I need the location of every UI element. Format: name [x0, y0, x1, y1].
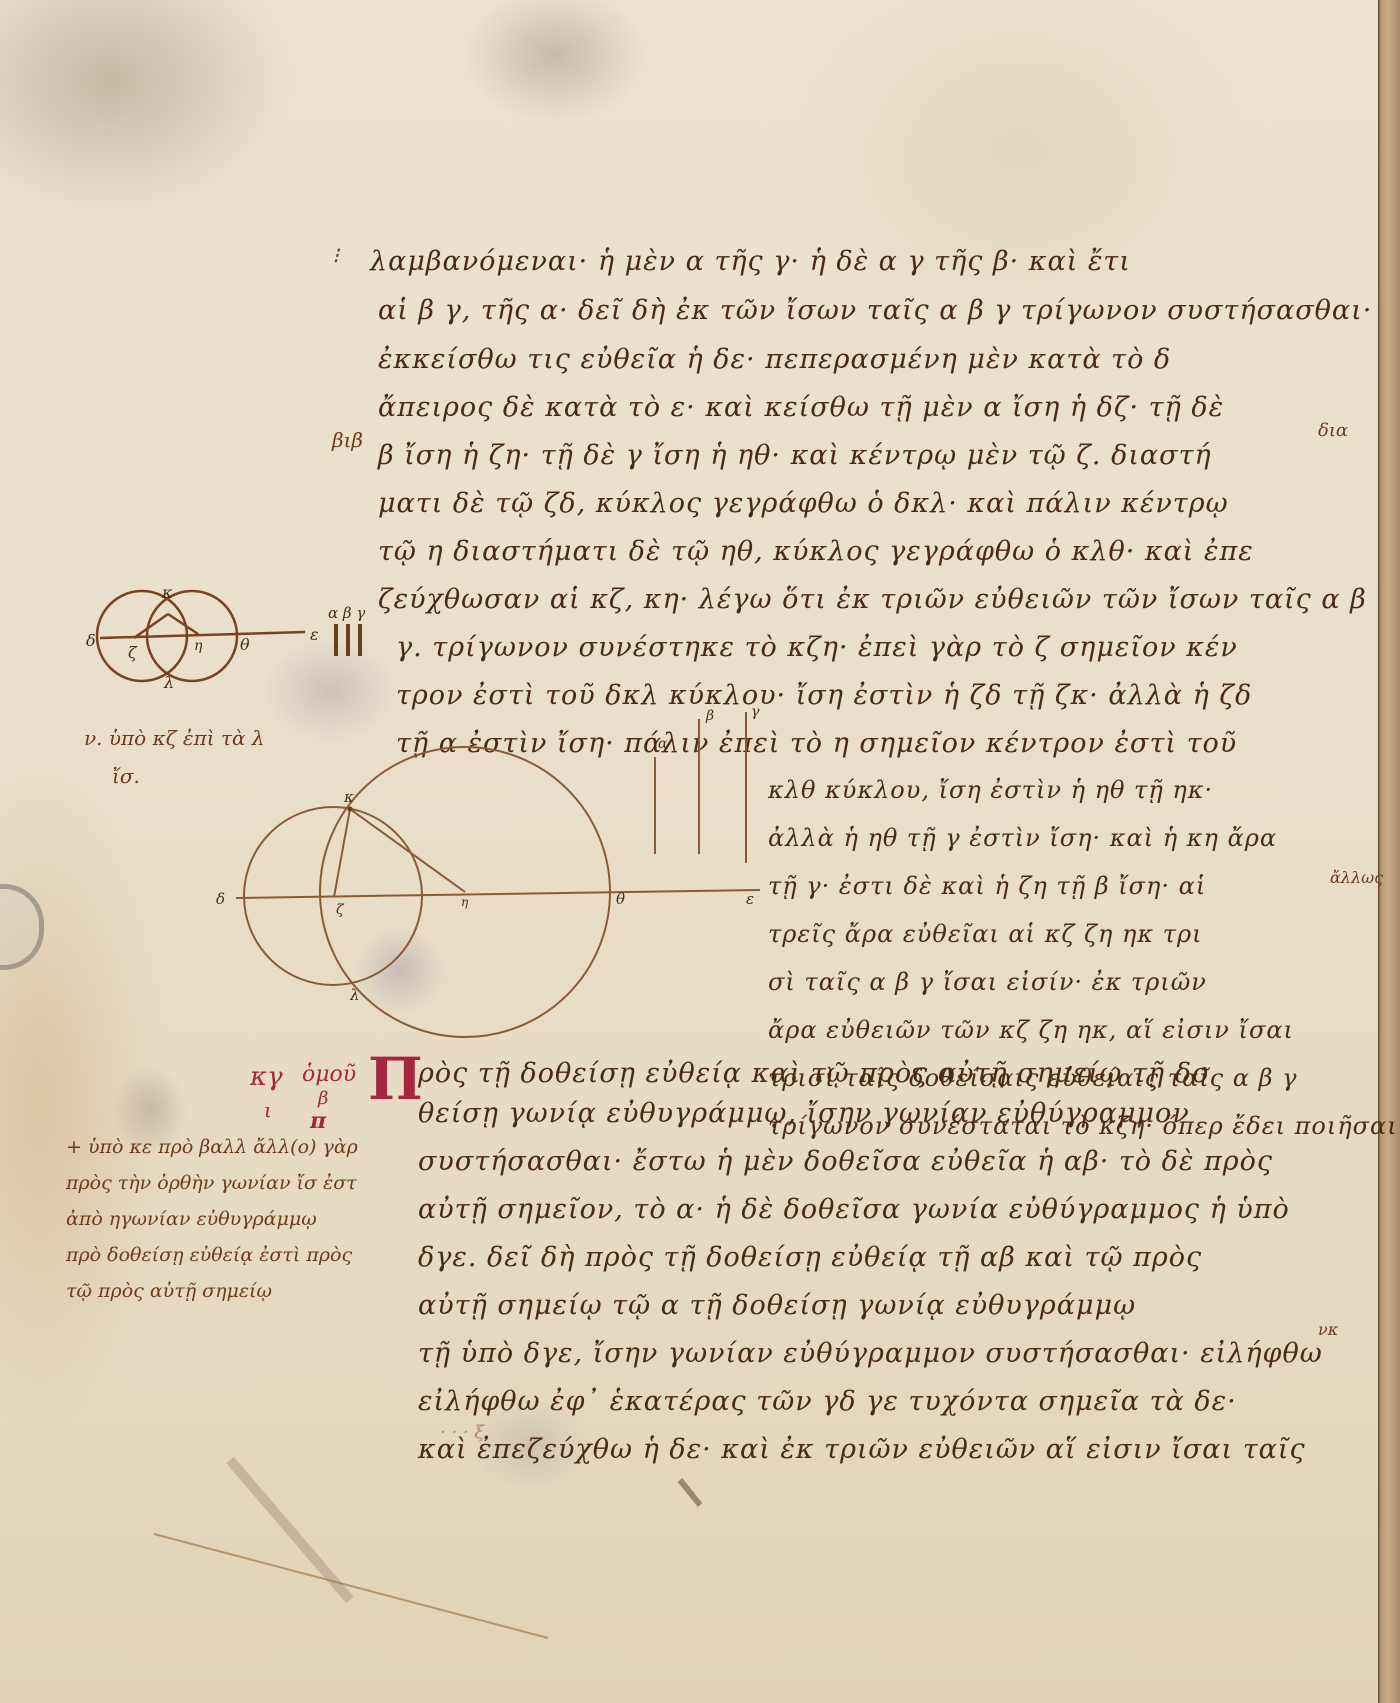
faded-bottom-note: · · · ξ	[440, 1422, 484, 1443]
parchment-page: ⁝ βιβ δια λαμβανόμεναι· ἡ μὲν α τῆς γ· ἡ…	[0, 0, 1400, 1703]
parchment-scratches	[0, 0, 1400, 1703]
